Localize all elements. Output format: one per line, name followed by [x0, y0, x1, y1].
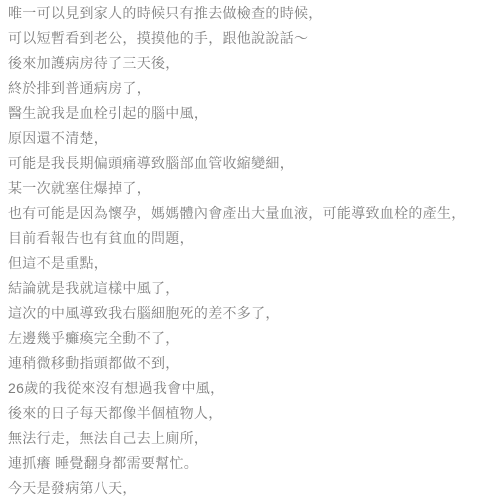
- text-line: 連稍微移動指頭都做不到，: [8, 351, 501, 376]
- text-line: 後來的日子每天都像半個植物人，: [8, 401, 501, 426]
- text-line: 結論就是我就這樣中風了，: [8, 276, 501, 301]
- text-line: 唯一可以見到家人的時候只有推去做檢查的時候，: [8, 1, 501, 26]
- text-line: 也有可能是因為懷孕，媽媽體內會產出大量血液，可能導致血栓的產生，: [8, 201, 501, 226]
- text-line: 左邊幾乎癱瘓完全動不了，: [8, 326, 501, 351]
- text-line: 醫生說我是血栓引起的腦中風，: [8, 101, 501, 126]
- text-line: 目前看報告也有貧血的問題，: [8, 226, 501, 251]
- post-body: 唯一可以見到家人的時候只有推去做檢查的時候， 可以短暫看到老公，摸摸他的手，跟他…: [0, 0, 501, 500]
- text-line: 可能是我長期偏頭痛導致腦部血管收縮變細，: [8, 151, 501, 176]
- text-line: 終於排到普通病房了，: [8, 76, 501, 101]
- text-line: 26歲的我從來沒有想過我會中風，: [8, 376, 501, 401]
- text-line: 但這不是重點，: [8, 251, 501, 276]
- text-line: 連抓癢 睡覺翻身都需要幫忙。: [8, 451, 501, 476]
- text-line: 今天是發病第八天，: [8, 476, 501, 500]
- text-line: 無法行走，無法自己去上廁所，: [8, 426, 501, 451]
- text-line: 可以短暫看到老公，摸摸他的手，跟他說說話～: [8, 26, 501, 51]
- text-line: 原因還不清楚，: [8, 126, 501, 151]
- text-line: 某一次就塞住爆掉了，: [8, 176, 501, 201]
- text-line: 這次的中風導致我右腦細胞死的差不多了，: [8, 301, 501, 326]
- text-line: 後來加護病房待了三天後，: [8, 51, 501, 76]
